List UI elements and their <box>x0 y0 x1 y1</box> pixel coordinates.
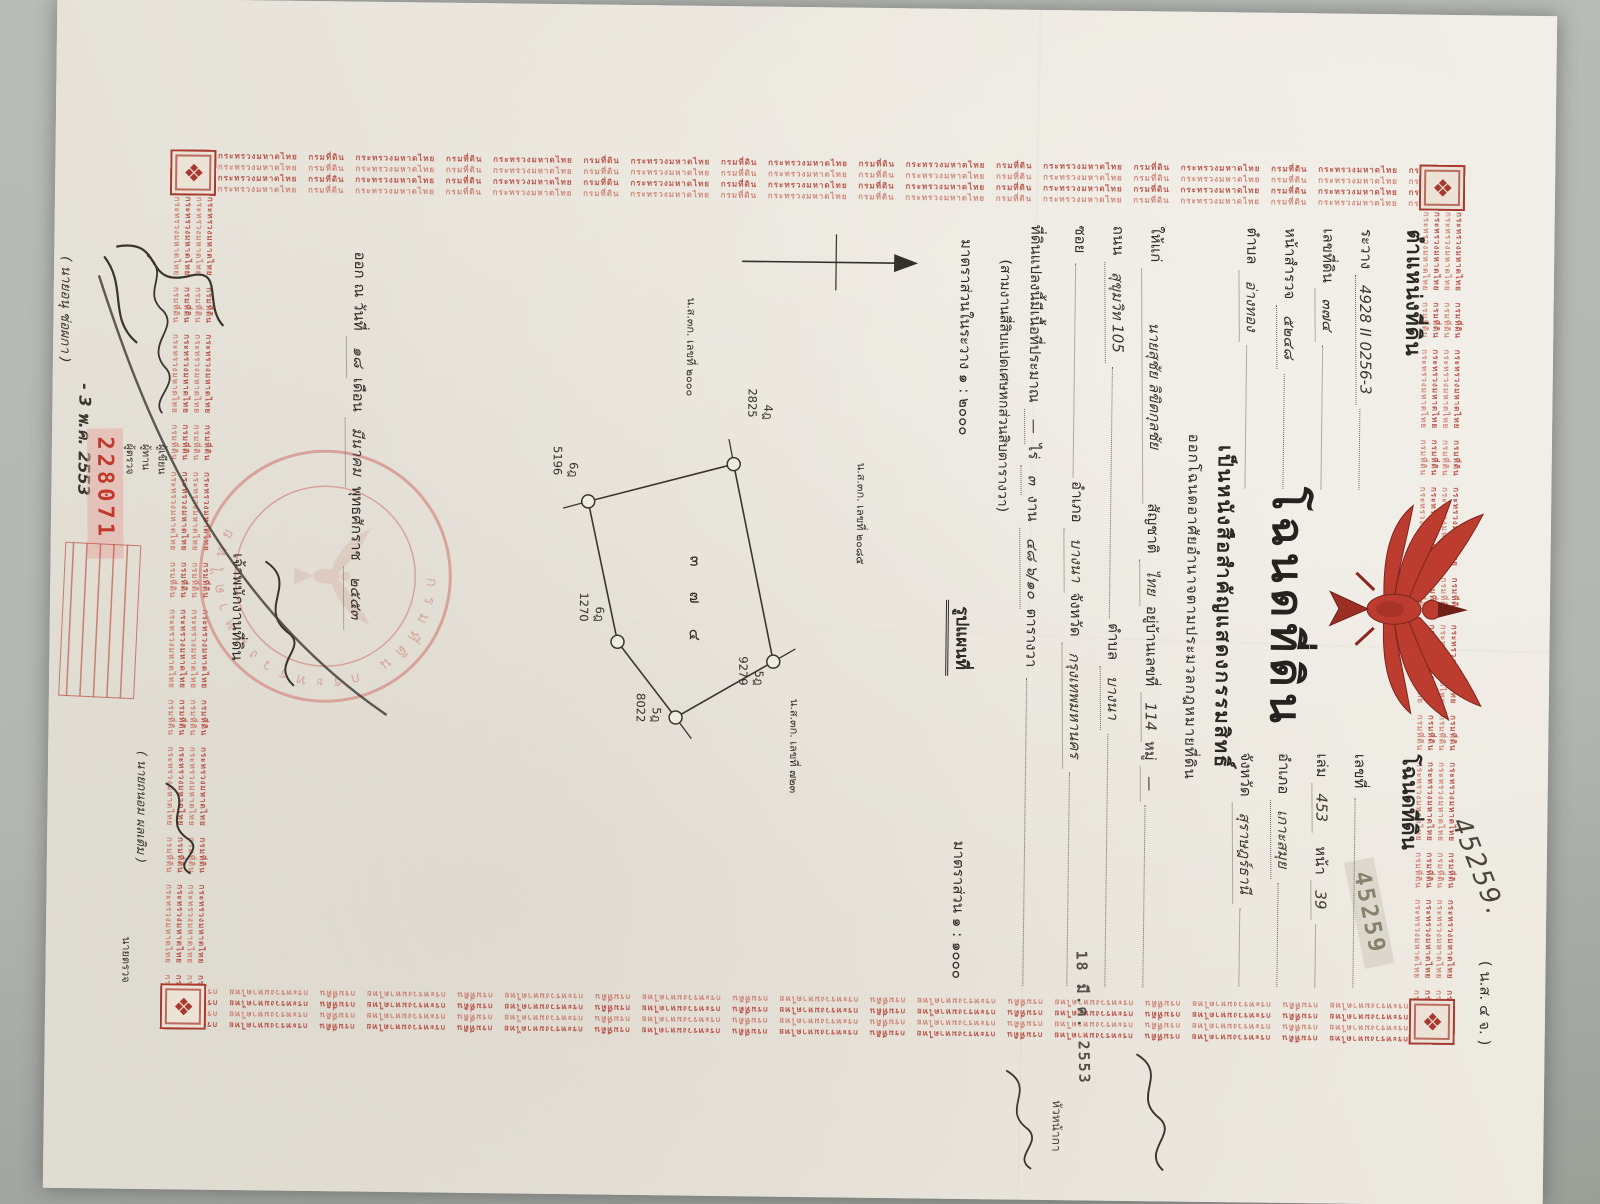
area-wa-value: ๔๘ ๖/๑๐ <box>1019 528 1044 609</box>
owner-province-label: จังหวัด <box>1064 592 1089 636</box>
signer-name-1: ( นายอนุ ช่อผกา ) <box>55 256 78 363</box>
boundary-marker <box>669 711 682 724</box>
deed-number-label: เลขที่ <box>1348 754 1372 789</box>
map-corner-id: 5ฎ <box>752 670 766 685</box>
corner-rosette-icon <box>160 983 207 1030</box>
boundary-marker <box>611 635 624 648</box>
deed-block-title: โฉนดที่ดิน <box>1392 754 1426 850</box>
checker-label: นายตรวจ <box>117 937 136 983</box>
writer-label: ผู้เขียน <box>154 444 170 475</box>
lined-stamp-box <box>58 542 141 699</box>
serial-number-stamp: 228071 <box>92 436 118 540</box>
section-head-label: หัวหน้ากา <box>1046 1100 1066 1152</box>
area-line: ที่ดินแปลงนี้มีเนื้อที่ประมาณ — ไร่ ๓ งา… <box>1014 225 1048 990</box>
rawang-line: ระวาง 4928 II 0256-3 <box>1351 229 1378 494</box>
map-signature-labels: ผู้เขียน ผู้ทาน ผู้ตรวจ <box>122 444 170 475</box>
scale-in-sheet: มาตราส่วนในระวาง ๑ : ๒๐๐๐ <box>952 239 978 436</box>
area-ngan-label: งาน <box>1021 495 1045 521</box>
owner-name: นายสุชัย ลิขิตกุลชัย <box>1141 268 1167 503</box>
owner-amphoe-value: บางนา <box>1063 529 1088 593</box>
map-parcel-number: ๓ ๗ ๔ <box>685 556 705 651</box>
map-corner-no: 5196 <box>551 446 565 475</box>
owner-province-value: กรุงเทพมหานคร <box>1061 643 1087 769</box>
scale-line: มาตราส่วนในระวาง ๑ : ๒๐๐๐ รูปแผนที่ มาตร… <box>941 239 980 979</box>
margin-signature <box>993 1064 1044 1175</box>
map-corner-no: 2825 <box>745 388 759 417</box>
map-corner-id: 6ฎ <box>567 462 581 477</box>
address-label: อยู่บ้านเลขที่ <box>1139 606 1164 687</box>
owner-amphoe-label: อำเภอ <box>1065 481 1090 523</box>
signer-name-2: ( นายถนอม ผลเติม ) <box>131 751 152 863</box>
given-to-label: ให้แก่ <box>1144 226 1168 262</box>
map-title: รูปแผนที่ <box>945 600 976 676</box>
road-label: ถนน <box>1106 226 1130 256</box>
deed-paper: กรมที่ดิน กระทรวงมหาดไทย กรมที่ดิน กระทร… <box>43 0 1557 1204</box>
area-prefix: ที่ดินแปลงนี้มีเนื้อที่ประมาณ <box>1022 225 1048 403</box>
rawang-label: ระวาง <box>1354 229 1378 270</box>
moo-label: หมู่ <box>1138 741 1162 761</box>
road-value: สุขุมวิท 105 <box>1104 261 1130 362</box>
garuda-emblem-icon <box>1320 488 1513 730</box>
soi-amphoe-province-line: ซอย อำเภอ บางนา จังหวัด กรุงเทพมหานคร <box>1058 225 1092 990</box>
owner-tambon-label: ตำบล <box>1101 623 1125 660</box>
road-line: ถนน สุขุมวิท 105 ตำบล บางนา <box>1096 226 1130 991</box>
position-title: ตำแหน่งที่ดิน <box>1396 229 1431 357</box>
map-neighbor-top: น.ส.๓ก. เลขที่ ๒๐๘๕ <box>853 463 869 565</box>
map-corner-no: 8022 <box>634 693 648 722</box>
boundary-marker <box>767 655 780 668</box>
owner-line: ให้แก่ นายสุชัย ลิขิตกุลชัย สัญชาติ ไทย … <box>1134 226 1168 991</box>
address-value: 114 <box>1140 692 1159 741</box>
photo-background: กรมที่ดิน กระทรวงมหาดไทย กรมที่ดิน กระทร… <box>0 0 1600 1204</box>
boundary-marker <box>727 458 740 471</box>
proofer-label: ผู้ทาน <box>138 444 154 475</box>
area-wa-label: ตารางวา <box>1019 608 1044 667</box>
examiner-label: ผู้ตรวจ <box>122 444 138 475</box>
owner-tambon-value: บางนา <box>1100 666 1125 730</box>
area-ngan-value: ๓ <box>1020 465 1045 495</box>
corner-rosette-icon <box>1409 998 1456 1045</box>
area-rai-label: ไร่ <box>1022 444 1046 460</box>
rawang-value: 4928 II 0256-3 <box>1355 275 1375 405</box>
map-neighbor-right: น.ส.๓ก. เลขที่ ๗๒๓ <box>787 699 803 793</box>
boundary-marker <box>582 495 595 508</box>
deed-main-title: โฉนดที่ดิน <box>1245 13 1330 1204</box>
issue-date-stamp: 18 มี.ค. 2553 <box>1069 950 1096 1085</box>
margin-signature <box>1122 1046 1179 1177</box>
soi-label: ซอย <box>1068 225 1092 253</box>
corner-rosette-icon <box>170 149 217 196</box>
map-corner-no: 9279 <box>736 656 750 685</box>
moo-value: — <box>1140 767 1159 802</box>
map-neighbor-left: น.ส.๓ก. เลขที่ ๒๐๐๐ <box>684 298 700 397</box>
nationality-value: ไทย <box>1139 559 1164 605</box>
nationality-label: สัญชาติ <box>1141 503 1166 554</box>
checker-signature <box>155 777 206 878</box>
map-corner-no: 1270 <box>577 592 591 621</box>
margin-handwriting <box>130 249 182 420</box>
map-corner-id: 6ฎ <box>593 606 607 621</box>
north-arrow-icon <box>732 231 923 313</box>
area-rai-value: — <box>1024 409 1043 444</box>
map-corner-id: 4ฎ <box>761 405 775 420</box>
cadastral-map: 4ฎ 2825 6ฎ 5196 6ฎ 1270 5ฎ 8022 5ฎ 9279 … <box>527 344 853 828</box>
map-scale: มาตราส่วน ๑ : ๑๐๐๐ <box>945 841 971 980</box>
map-corner-id: 5ฎ <box>650 707 664 722</box>
corner-rosette-icon <box>1419 165 1466 212</box>
area-in-words: (สามงานสี่สิบแปดเศษหกส่วนสิบตารางวา) <box>991 259 1016 512</box>
